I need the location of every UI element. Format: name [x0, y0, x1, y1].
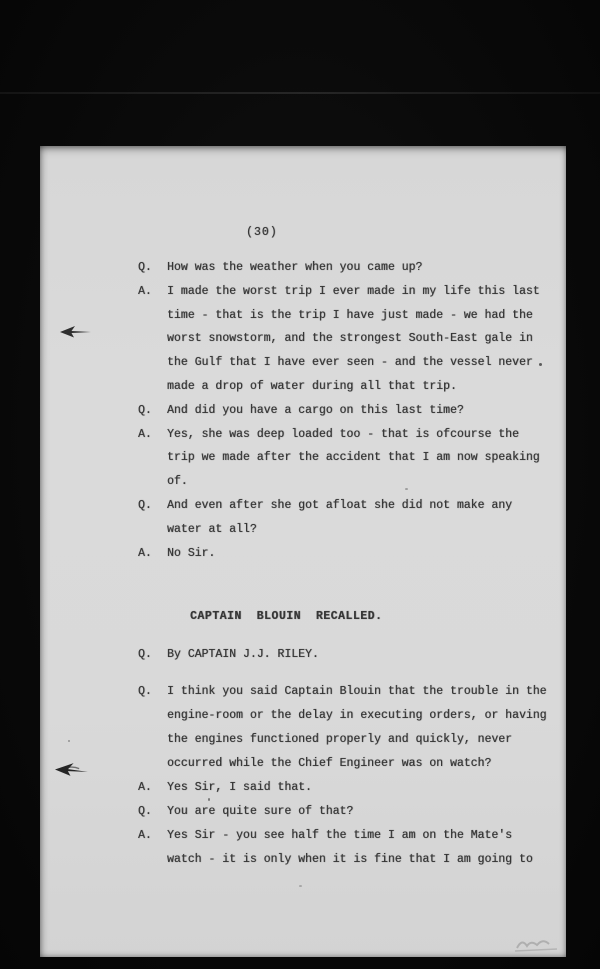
qa-section-2: Q.I think you said Captain Blouin that t…: [138, 680, 558, 872]
qa-entry: Q.I think you said Captain Blouin that t…: [138, 680, 558, 776]
qa-line: I think you said Captain Blouin that the…: [167, 680, 558, 704]
qa-speaker-label: A.: [138, 280, 167, 304]
qa-line: of.: [167, 470, 558, 494]
qa-line: Yes Sir, I said that.: [167, 776, 558, 800]
qa-line: Yes Sir - you see half the time I am on …: [167, 824, 558, 848]
examiner-line: Q. By CAPTAIN J.J. RILEY.: [138, 643, 558, 667]
qa-line: water at all?: [167, 518, 558, 542]
ink-speck: [68, 740, 70, 742]
qa-entry: Q.And even after she got afloat she did …: [138, 494, 558, 542]
qa-entry: A.I made the worst trip I ever made in m…: [138, 280, 558, 399]
qa-speaker-label: A.: [138, 776, 167, 800]
qa-text: Yes, she was deep loaded too - that is o…: [167, 423, 558, 494]
qa-entry: Q.You are quite sure of that?: [138, 800, 558, 824]
qa-line: How was the weather when you came up?: [167, 256, 558, 280]
ink-speck: [299, 885, 302, 887]
qa-line: the engines functioned properly and quic…: [167, 728, 558, 752]
ink-speck: [405, 488, 408, 490]
qa-text: How was the weather when you came up?: [167, 256, 558, 280]
qa-text: And even after she got afloat she did no…: [167, 494, 558, 542]
qa-line: made a drop of water during all that tri…: [167, 375, 558, 399]
qa-speaker-label: A.: [138, 423, 167, 447]
film-seam-line: [0, 92, 600, 94]
qa-text: I made the worst trip I ever made in my …: [167, 280, 558, 399]
qa-line: And even after she got afloat she did no…: [167, 494, 558, 518]
qa-text: You are quite sure of that?: [167, 800, 558, 824]
qa-speaker-label: Q.: [138, 643, 167, 667]
qa-line: occurred while the Chief Engineer was on…: [167, 752, 558, 776]
qa-speaker-label: A.: [138, 542, 167, 566]
document-page: (30) Q.How was the weather when you came…: [40, 146, 566, 957]
qa-entry: A.No Sir.: [138, 542, 558, 566]
qa-entry: Q.And did you have a cargo on this last …: [138, 399, 558, 423]
qa-line: time - that is the trip I have just made…: [167, 304, 558, 328]
qa-text: I think you said Captain Blouin that the…: [167, 680, 558, 776]
ink-speck: [208, 798, 210, 801]
page-number: (30): [246, 226, 278, 239]
qa-speaker-label: Q.: [138, 494, 167, 518]
qa-line: No Sir.: [167, 542, 558, 566]
margin-arrow-icon: [58, 322, 94, 342]
qa-text: And did you have a cargo on this last ti…: [167, 399, 558, 423]
qa-line: engine-room or the delay in executing or…: [167, 704, 558, 728]
qa-line: watch - it is only when it is fine that …: [167, 848, 558, 872]
qa-speaker-label: Q.: [138, 399, 167, 423]
ink-speck: [539, 363, 542, 366]
qa-line: worst snowstorm, and the strongest South…: [167, 327, 558, 351]
qa-text: Yes Sir, I said that.: [167, 776, 558, 800]
qa-line: trip we made after the accident that I a…: [167, 446, 558, 470]
qa-line: You are quite sure of that?: [167, 800, 558, 824]
qa-line: Yes, she was deep loaded too - that is o…: [167, 423, 558, 447]
qa-line: By CAPTAIN J.J. RILEY.: [167, 643, 558, 667]
qa-entry: Q. By CAPTAIN J.J. RILEY.: [138, 643, 558, 667]
qa-speaker-label: Q.: [138, 800, 167, 824]
margin-arrow-icon: [52, 757, 92, 782]
qa-entry: A.Yes, she was deep loaded too - that is…: [138, 423, 558, 494]
section-heading: CAPTAIN BLOUIN RECALLED.: [190, 610, 382, 623]
qa-entry: A.Yes Sir, I said that.: [138, 776, 558, 800]
qa-section-1: Q.How was the weather when you came up?A…: [138, 256, 558, 565]
qa-line: the Gulf that I have ever seen - and the…: [167, 351, 558, 375]
qa-line: I made the worst trip I ever made in my …: [167, 280, 558, 304]
qa-entry: Q.How was the weather when you came up?: [138, 256, 558, 280]
qa-entry: A.Yes Sir - you see half the time I am o…: [138, 824, 558, 872]
qa-text: Yes Sir - you see half the time I am on …: [167, 824, 558, 872]
qa-speaker-label: A.: [138, 824, 167, 848]
qa-speaker-label: Q.: [138, 680, 167, 704]
qa-text: By CAPTAIN J.J. RILEY.: [167, 643, 558, 667]
qa-speaker-label: Q.: [138, 256, 167, 280]
microfilm-frame: { "page": { "number_label": "(30)", "hea…: [0, 0, 600, 969]
qa-line: And did you have a cargo on this last ti…: [167, 399, 558, 423]
corner-smudge-mark: [513, 928, 565, 954]
qa-text: No Sir.: [167, 542, 558, 566]
